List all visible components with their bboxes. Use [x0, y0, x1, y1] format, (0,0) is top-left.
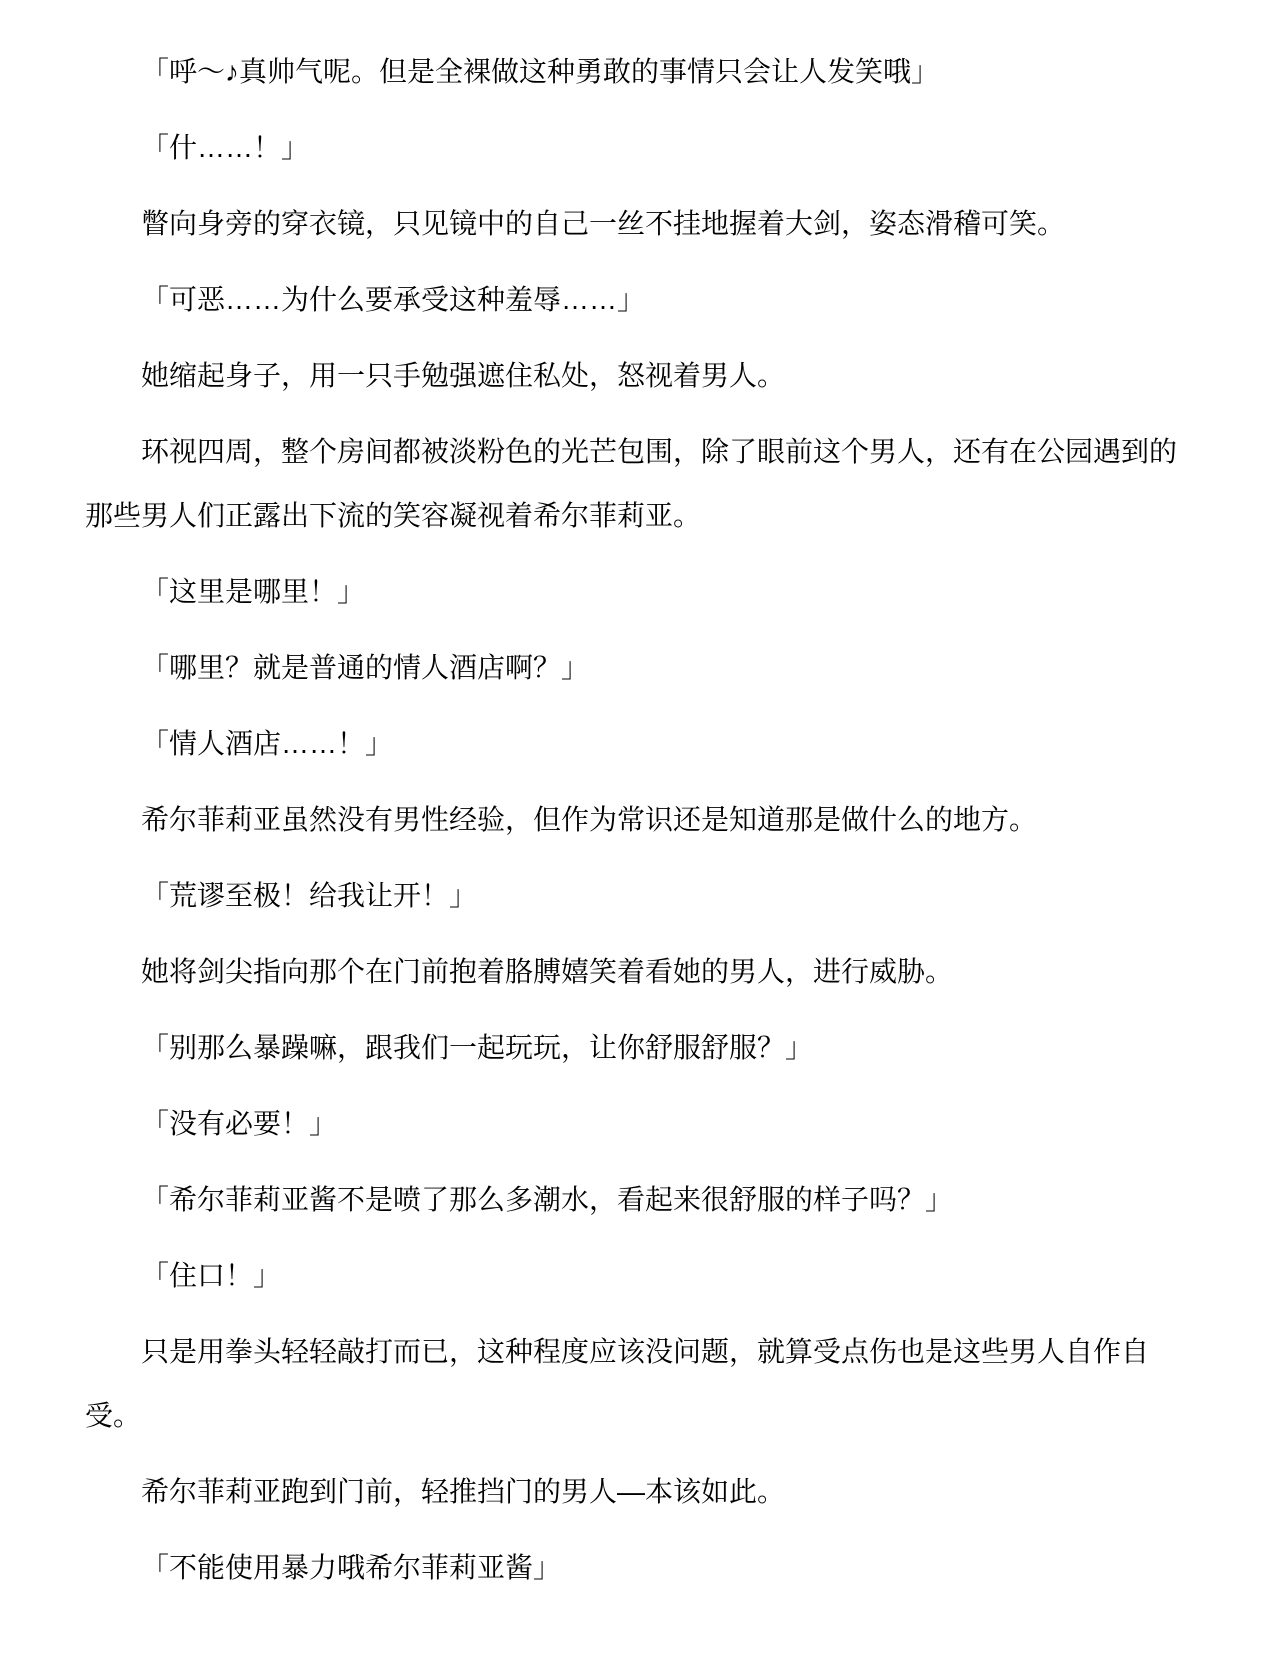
narration-line: 只是用拳头轻轻敲打而已，这种程度应该没问题，就算受点伤也是这些男人自作自受。 [85, 1320, 1195, 1448]
narration-line: 环视四周，整个房间都被淡粉色的光芒包围，除了眼前这个男人，还有在公园遇到的那些男… [85, 420, 1195, 548]
novel-text-page: 「呼～♪真帅气呢。但是全裸做这种勇敢的事情只会让人发笑哦」 「什……！」 瞥向身… [0, 0, 1280, 1672]
narration-line: 瞥向身旁的穿衣镜，只见镜中的自己一丝不挂地握着大剑，姿态滑稽可笑。 [85, 192, 1195, 256]
dialogue-line: 「呼～♪真帅气呢。但是全裸做这种勇敢的事情只会让人发笑哦」 [85, 40, 1195, 104]
dialogue-line: 「情人酒店……！」 [85, 712, 1195, 776]
dialogue-line: 「没有必要！」 [85, 1092, 1195, 1156]
narration-line: 希尔菲莉亚虽然没有男性经验，但作为常识还是知道那是做什么的地方。 [85, 788, 1195, 852]
narration-line: 她将剑尖指向那个在门前抱着胳膊嬉笑着看她的男人，进行威胁。 [85, 940, 1195, 1004]
dialogue-line: 「哪里？就是普通的情人酒店啊？」 [85, 636, 1195, 700]
dialogue-line: 「什……！」 [85, 116, 1195, 180]
dialogue-line: 「荒谬至极！给我让开！」 [85, 864, 1195, 928]
dialogue-line: 「这里是哪里！」 [85, 560, 1195, 624]
dialogue-line: 「别那么暴躁嘛，跟我们一起玩玩，让你舒服舒服？」 [85, 1016, 1195, 1080]
dialogue-line: 「希尔菲莉亚酱不是喷了那么多潮水，看起来很舒服的样子吗？」 [85, 1168, 1195, 1232]
narration-line: 希尔菲莉亚跑到门前，轻推挡门的男人—本该如此。 [85, 1460, 1195, 1524]
narration-line: 她缩起身子，用一只手勉强遮住私处，怒视着男人。 [85, 344, 1195, 408]
dialogue-line: 「不能使用暴力哦希尔菲莉亚酱」 [85, 1536, 1195, 1600]
dialogue-line: 「可恶……为什么要承受这种羞辱……」 [85, 268, 1195, 332]
dialogue-line: 「住口！」 [85, 1244, 1195, 1308]
